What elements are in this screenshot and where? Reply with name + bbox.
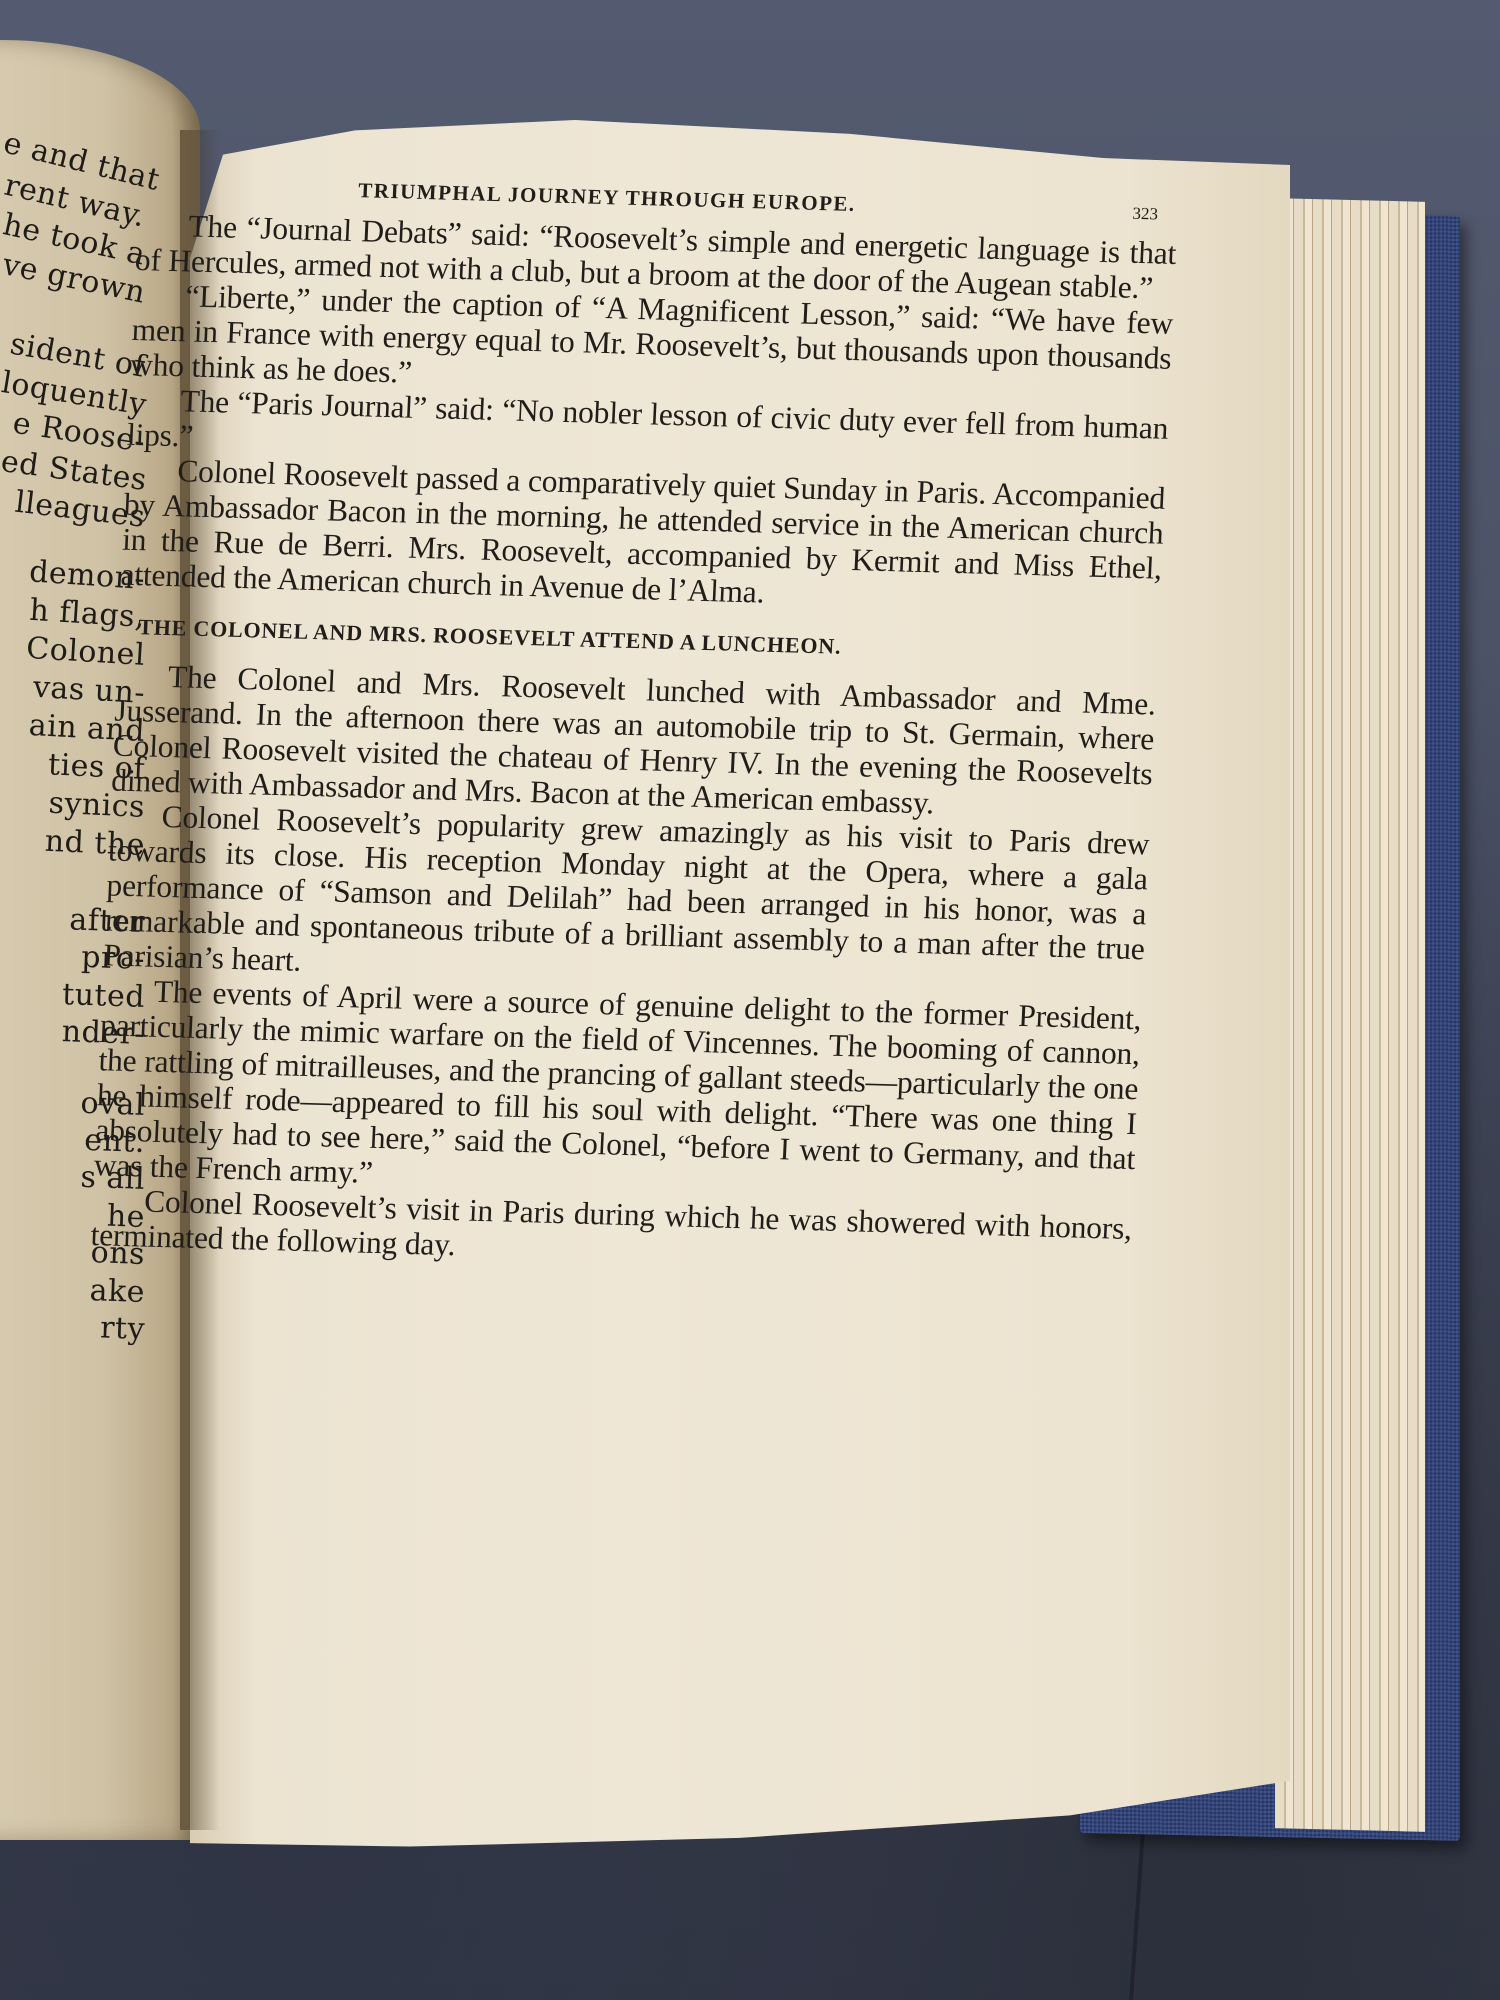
page-edges [1275, 198, 1425, 1832]
page-text-block: TRIUMPHAL JOURNEY THROUGH EUROPE. 323 Th… [90, 150, 1180, 1281]
fabric-fold [1129, 1830, 1145, 2000]
paragraph: The events of April were a source of gen… [93, 972, 1142, 1211]
running-head-title: TRIUMPHAL JOURNEY THROUGH EUROPE. [358, 178, 856, 217]
paragraph: Colonel Roosevelt passed a comparatively… [120, 452, 1166, 621]
paragraph: Colonel Roosevelt’s popularity grew amaz… [103, 797, 1151, 1001]
section-heading: THE COLONEL AND MRS. ROOSEVELT ATTEND A … [138, 614, 1159, 668]
page-number: 323 [1132, 204, 1158, 225]
left-page-fragment: rty [0, 1307, 146, 1347]
left-page-fragment: ake [0, 1270, 146, 1310]
